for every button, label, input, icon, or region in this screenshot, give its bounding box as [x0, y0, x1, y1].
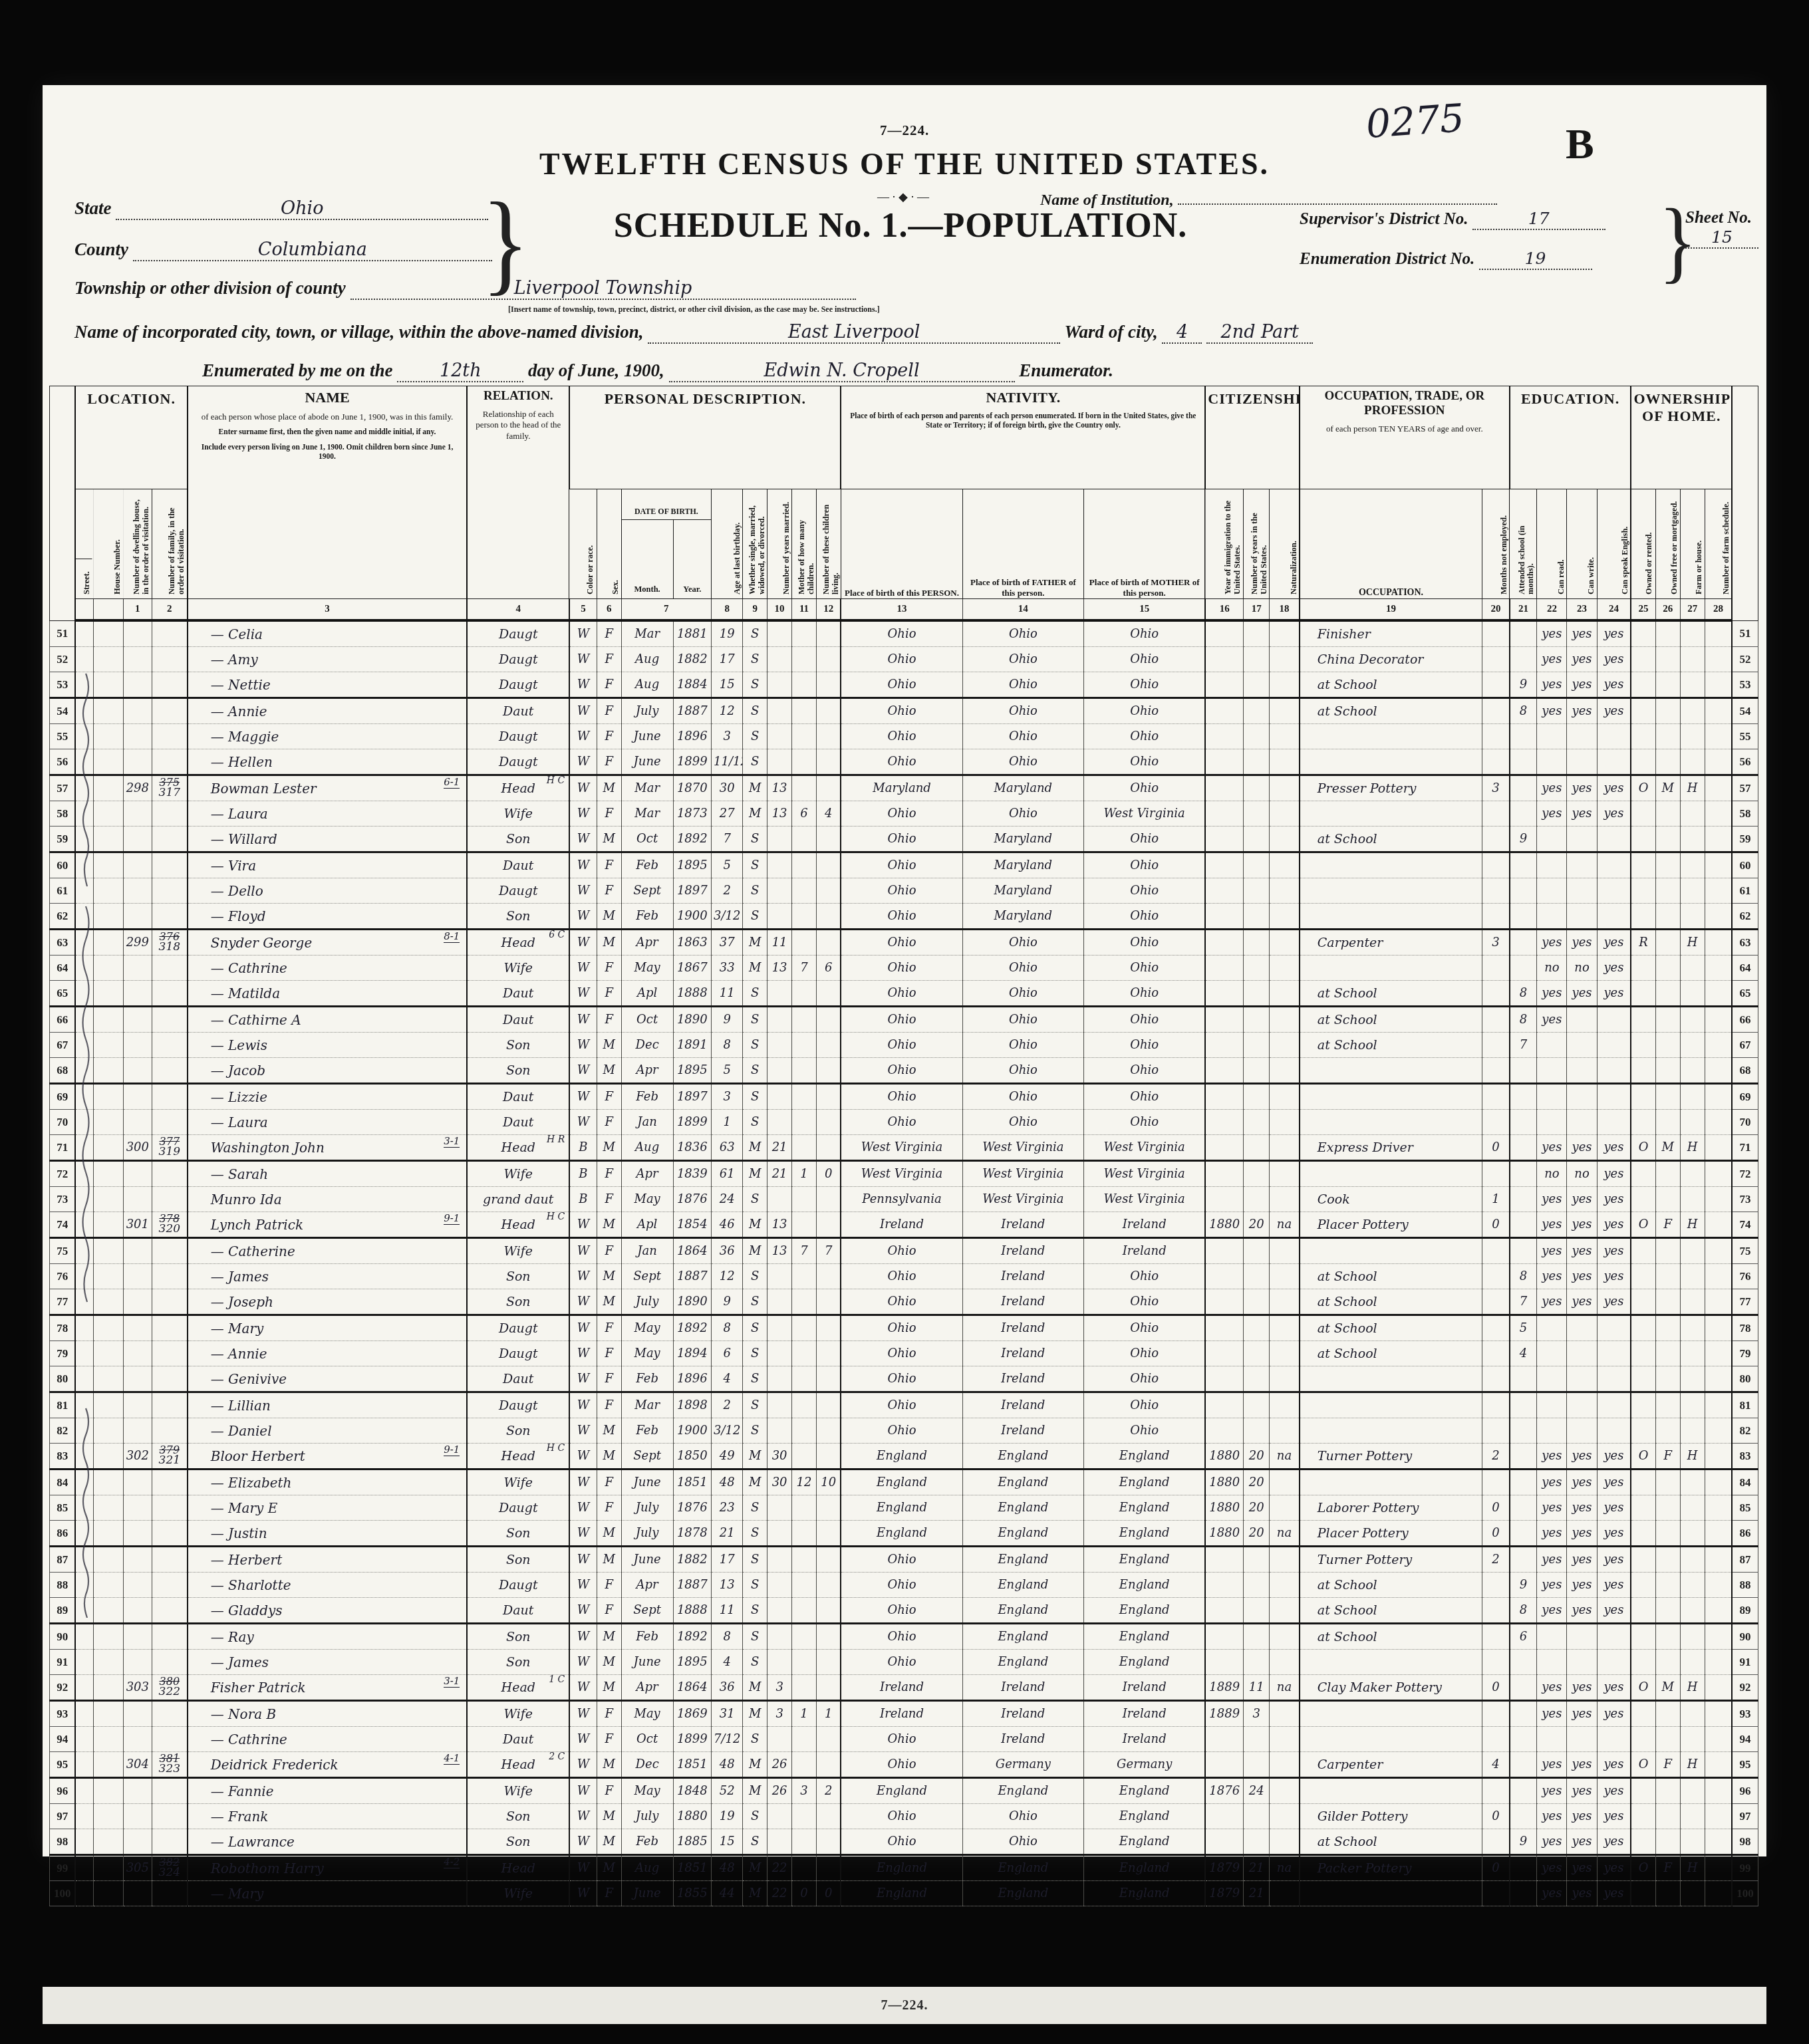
- cell-birth-month: Aug: [621, 647, 673, 672]
- cell-years-married: 30: [767, 1469, 792, 1495]
- cell-birth-month: Sept: [621, 1598, 673, 1624]
- cell-relation: Son: [467, 1418, 569, 1444]
- cell-marital: S: [743, 698, 767, 724]
- cell-family-number: 382 324: [152, 1855, 187, 1881]
- cell-relation: Daut: [467, 1366, 569, 1392]
- cell-children-living: [817, 1804, 841, 1829]
- cell-naturalization: [1270, 1573, 1300, 1598]
- family-number: 324: [154, 1867, 185, 1878]
- cell-children-living: [817, 1752, 841, 1778]
- cell-pob-mother: Ireland: [1084, 1727, 1206, 1752]
- cell-farm-schedule: [1705, 672, 1732, 698]
- cell-color: W: [569, 1495, 597, 1521]
- cell-color: B: [569, 1135, 597, 1161]
- line-number-right: 59: [1732, 827, 1758, 852]
- cell-speaks-english: yes: [1597, 1289, 1631, 1315]
- cell-birth-year: 1878: [673, 1521, 711, 1547]
- cell-marital: S: [743, 1521, 767, 1547]
- cell-relation: Daugt: [467, 1341, 569, 1366]
- cell-can-write: yes: [1567, 1289, 1597, 1315]
- cell-children-living: [817, 1573, 841, 1598]
- cell-color: B: [569, 1187, 597, 1212]
- page-title: TWELFTH CENSUS OF THE UNITED STATES.: [43, 146, 1766, 182]
- cell-pob-mother: England: [1084, 1521, 1206, 1547]
- line-number-left: 97: [50, 1804, 76, 1829]
- cell-street: [75, 1212, 93, 1238]
- cell-pob-mother: Ireland: [1084, 1701, 1206, 1727]
- cell-can-write: yes: [1567, 930, 1597, 956]
- cell-house-number: [93, 1058, 123, 1084]
- cell-occupation: at School: [1300, 1573, 1482, 1598]
- cell-name: — Cathrine: [188, 1727, 468, 1752]
- enumerator-name: Edwin N. Cropell: [669, 360, 1015, 382]
- cell-can-read: [1537, 852, 1567, 878]
- cell-naturalization: [1270, 1187, 1300, 1212]
- cell-age: 15: [712, 1829, 743, 1855]
- cell-sex: M: [597, 1264, 621, 1289]
- cell-speaks-english: [1597, 1392, 1631, 1418]
- person-name: Snyder George: [211, 935, 313, 951]
- line-number-left: 100: [50, 1881, 76, 1906]
- cell-years-us: [1244, 1727, 1270, 1752]
- cell-months-unemployed: [1482, 1084, 1510, 1110]
- col-years-us: Number of years in the United States.: [1244, 489, 1270, 599]
- cell-speaks-english: yes: [1597, 1573, 1631, 1598]
- table-row: 93 — Nora B Wife W F May 1869 31 M 3 1 1…: [50, 1701, 1758, 1727]
- cell-children-living: 2: [817, 1778, 841, 1804]
- cell-relation: Daut: [467, 981, 569, 1007]
- cell-speaks-english: [1597, 1341, 1631, 1366]
- cell-farm-house: [1680, 1881, 1705, 1906]
- cell-street: [75, 852, 93, 878]
- line-col-header: [50, 386, 76, 621]
- cell-can-read: yes: [1537, 775, 1567, 801]
- cell-pob-father: Ireland: [962, 1264, 1084, 1289]
- cell-dwelling-number: [123, 1469, 152, 1495]
- name-annotation: 6-1: [444, 776, 460, 789]
- cell-street: [75, 1444, 93, 1469]
- table-row: 87 — Herbert Son W M June 1882 17 S Ohio…: [50, 1547, 1758, 1573]
- cell-sex: M: [597, 1521, 621, 1547]
- cell-farm-house: [1680, 1624, 1705, 1650]
- cell-immigration-year: [1205, 1752, 1243, 1778]
- relation-value: Head: [501, 781, 535, 796]
- cell-pob-father: Maryland: [962, 827, 1084, 852]
- col-street: IN CITIES.Street.: [75, 489, 93, 599]
- cell-name: — Matilda: [188, 981, 468, 1007]
- cell-age: 3/12: [712, 1418, 743, 1444]
- cell-birth-year: 1899: [673, 1727, 711, 1752]
- person-name: — Lawrance: [211, 1834, 295, 1850]
- cell-speaks-english: yes: [1597, 930, 1631, 956]
- cell-pob: England: [841, 1881, 962, 1906]
- cell-marital: M: [743, 1469, 767, 1495]
- cell-pob: Ohio: [841, 620, 962, 647]
- cell-mother-of: [792, 1084, 817, 1110]
- line-number-left: 53: [50, 672, 76, 698]
- cell-speaks-english: yes: [1597, 1752, 1631, 1778]
- cell-free-mortgaged: [1655, 1084, 1680, 1110]
- cell-birth-year: 1896: [673, 1366, 711, 1392]
- cell-can-read: yes: [1537, 1573, 1567, 1598]
- line-number-left: 81: [50, 1392, 76, 1418]
- cell-marital: S: [743, 1829, 767, 1855]
- cell-months-unemployed: [1482, 1418, 1510, 1444]
- cell-name: — Joseph: [188, 1289, 468, 1315]
- cell-owned-rented: [1631, 852, 1655, 878]
- line-number-left: 87: [50, 1547, 76, 1573]
- cell-color: W: [569, 1829, 597, 1855]
- cell-age: 9: [712, 1289, 743, 1315]
- relation-value: Daugt: [499, 1578, 538, 1593]
- cell-family-number: [152, 1264, 187, 1289]
- line-number-left: 90: [50, 1624, 76, 1650]
- cell-family-number: [152, 620, 187, 647]
- line-number-right: 78: [1732, 1315, 1758, 1341]
- col-children-living: Number of these children living.: [817, 489, 841, 599]
- cell-pob-father: Ohio: [962, 930, 1084, 956]
- institution-line: Name of Institution,: [1040, 192, 1497, 209]
- cell-dwelling-number: [123, 1418, 152, 1444]
- cell-birth-year: 1888: [673, 981, 711, 1007]
- line-number-right: 89: [1732, 1598, 1758, 1624]
- cell-occupation: [1300, 878, 1482, 904]
- cell-naturalization: [1270, 1624, 1300, 1650]
- cell-color: W: [569, 930, 597, 956]
- cell-school-months: [1510, 1495, 1537, 1521]
- cell-house-number: [93, 1701, 123, 1727]
- cell-pob-mother: Ohio: [1084, 698, 1206, 724]
- cell-can-read: yes: [1537, 1752, 1567, 1778]
- cell-mother-of: [792, 1212, 817, 1238]
- cell-marital: S: [743, 1289, 767, 1315]
- cell-pob: Ohio: [841, 852, 962, 878]
- cell-pob-mother: Ohio: [1084, 1315, 1206, 1341]
- cell-free-mortgaged: [1655, 1418, 1680, 1444]
- cell-months-unemployed: [1482, 698, 1510, 724]
- cell-pob-mother: Ohio: [1084, 1007, 1206, 1033]
- person-name: — Laura: [211, 806, 268, 822]
- township-line: Township or other division of county Liv…: [74, 278, 856, 300]
- cell-farm-schedule: [1705, 1701, 1732, 1727]
- cell-owned-rented: [1631, 1598, 1655, 1624]
- line-number-left: 69: [50, 1084, 76, 1110]
- cell-sex: F: [597, 956, 621, 981]
- relation-value: Head: [501, 1217, 535, 1232]
- cell-dwelling-number: [123, 1727, 152, 1752]
- cell-owned-rented: [1631, 1084, 1655, 1110]
- cell-sex: M: [597, 827, 621, 852]
- relation-value: grand daut: [483, 1192, 553, 1207]
- cell-years-us: 11: [1244, 1675, 1270, 1701]
- cell-street: [75, 1624, 93, 1650]
- cell-sex: F: [597, 1727, 621, 1752]
- relation-value: Wife: [503, 1707, 533, 1722]
- cell-months-unemployed: [1482, 1238, 1510, 1264]
- col-farm-house: Farm or house.: [1680, 489, 1705, 599]
- cell-pob: Ohio: [841, 956, 962, 981]
- cell-speaks-english: yes: [1597, 1469, 1631, 1495]
- cell-can-write: yes: [1567, 1804, 1597, 1829]
- cell-street: [75, 1058, 93, 1084]
- line-number-left: 93: [50, 1701, 76, 1727]
- cell-farm-schedule: [1705, 1058, 1732, 1084]
- table-row: 79 — Annie Daugt W F May 1894 6 S Ohio I…: [50, 1341, 1758, 1366]
- cell-family-number: [152, 1289, 187, 1315]
- cell-pob-mother: Ohio: [1084, 1264, 1206, 1289]
- person-name: — Nettie: [211, 677, 271, 693]
- cell-occupation: Presser Pottery: [1300, 775, 1482, 801]
- cell-school-months: [1510, 1547, 1537, 1573]
- cell-dwelling-number: [123, 1187, 152, 1212]
- cell-street: [75, 775, 93, 801]
- cell-farm-house: [1680, 801, 1705, 827]
- cell-years-married: 21: [767, 1161, 792, 1187]
- cell-mother-of: 12: [792, 1469, 817, 1495]
- cell-mother-of: [792, 1033, 817, 1058]
- cell-relation: Wife: [467, 1881, 569, 1906]
- cell-birth-year: 1881: [673, 620, 711, 647]
- cell-marital: S: [743, 1573, 767, 1598]
- cell-family-number: [152, 1161, 187, 1187]
- table-row: 70 — Laura Daut W F Jan 1899 1 S Ohio Oh…: [50, 1110, 1758, 1135]
- cell-dwelling-number: [123, 1033, 152, 1058]
- ownership-group: OWNERSHIP OF HOME.: [1631, 386, 1732, 489]
- cell-farm-schedule: [1705, 775, 1732, 801]
- cell-marital: M: [743, 930, 767, 956]
- line-number-left: 61: [50, 878, 76, 904]
- cell-speaks-english: yes: [1597, 801, 1631, 827]
- line-number-left: 79: [50, 1341, 76, 1366]
- cell-pob: Ohio: [841, 1289, 962, 1315]
- cell-relation: Son: [467, 1521, 569, 1547]
- cell-sex: M: [597, 1675, 621, 1701]
- cell-naturalization: [1270, 904, 1300, 930]
- cell-house-number: [93, 1033, 123, 1058]
- cell-name: — Genivive: [188, 1366, 468, 1392]
- sheet-no-value: 15: [1685, 227, 1758, 249]
- cell-birth-year: 1895: [673, 852, 711, 878]
- cell-farm-schedule: [1705, 1212, 1732, 1238]
- cell-birth-month: Oct: [621, 1727, 673, 1752]
- cell-color: W: [569, 749, 597, 775]
- family-number: 317: [154, 787, 185, 799]
- cell-pob-mother: West Virginia: [1084, 801, 1206, 827]
- cell-mother-of: [792, 1418, 817, 1444]
- table-row: 58 — Laura Wife W F Mar 1873 27 M 13 6 4…: [50, 801, 1758, 827]
- line-number-right: 99: [1732, 1855, 1758, 1881]
- cell-years-married: [767, 981, 792, 1007]
- cell-pob-father: Ireland: [962, 1418, 1084, 1444]
- cell-farm-schedule: [1705, 1521, 1732, 1547]
- cell-months-unemployed: 0: [1482, 1855, 1510, 1881]
- cell-birth-month: June: [621, 1881, 673, 1906]
- cell-free-mortgaged: [1655, 1547, 1680, 1573]
- line-number-right: 71: [1732, 1135, 1758, 1161]
- cell-sex: M: [597, 775, 621, 801]
- cell-street: [75, 827, 93, 852]
- cell-pob: Ohio: [841, 1264, 962, 1289]
- cell-farm-house: [1680, 1547, 1705, 1573]
- line-number-right: 66: [1732, 1007, 1758, 1033]
- cell-pob: England: [841, 1521, 962, 1547]
- cell-can-write: yes: [1567, 672, 1597, 698]
- person-name: — Justin: [211, 1525, 267, 1541]
- cell-free-mortgaged: [1655, 1573, 1680, 1598]
- cell-age: 48: [712, 1752, 743, 1778]
- cell-farm-house: [1680, 1341, 1705, 1366]
- cell-farm-schedule: [1705, 981, 1732, 1007]
- cell-pob-father: Ohio: [962, 672, 1084, 698]
- cell-owned-rented: [1631, 1007, 1655, 1033]
- cell-free-mortgaged: [1655, 1701, 1680, 1727]
- cell-farm-house: [1680, 1495, 1705, 1521]
- cell-pob: Ohio: [841, 1084, 962, 1110]
- cell-birth-year: 1851: [673, 1469, 711, 1495]
- cell-pob-mother: Ohio: [1084, 852, 1206, 878]
- cell-months-unemployed: 3: [1482, 930, 1510, 956]
- cell-name: — Willard: [188, 827, 468, 852]
- cell-street: [75, 1752, 93, 1778]
- cell-birth-year: 1887: [673, 1573, 711, 1598]
- cell-years-us: [1244, 775, 1270, 801]
- cell-house-number: [93, 1727, 123, 1752]
- cell-pob-father: England: [962, 1778, 1084, 1804]
- cell-dwelling-number: 304: [123, 1752, 152, 1778]
- cell-occupation: Carpenter: [1300, 930, 1482, 956]
- cell-birth-month: Jan: [621, 1110, 673, 1135]
- cell-farm-house: [1680, 1392, 1705, 1418]
- cell-birth-month: June: [621, 749, 673, 775]
- name-group: NAME of each person whose place of abode…: [188, 386, 468, 599]
- line-number-left: 67: [50, 1033, 76, 1058]
- cell-relation: Son: [467, 1264, 569, 1289]
- cell-can-read: yes: [1537, 1804, 1567, 1829]
- cell-months-unemployed: [1482, 647, 1510, 672]
- line-number-right: 79: [1732, 1341, 1758, 1366]
- cell-family-number: [152, 1187, 187, 1212]
- cell-family-number: [152, 981, 187, 1007]
- cell-sex: F: [597, 1110, 621, 1135]
- cell-dwelling-number: [123, 1007, 152, 1033]
- cell-school-months: 8: [1510, 1007, 1537, 1033]
- cell-can-write: yes: [1567, 1135, 1597, 1161]
- cell-free-mortgaged: [1655, 749, 1680, 775]
- person-name: — Herbert: [211, 1552, 282, 1568]
- cell-marital: S: [743, 1650, 767, 1675]
- line-number-right: 51: [1732, 620, 1758, 647]
- cell-pob-mother: West Virginia: [1084, 1135, 1206, 1161]
- cell-owned-rented: [1631, 1881, 1655, 1906]
- cell-family-number: 375 317: [152, 775, 187, 801]
- cell-can-write: [1567, 1110, 1597, 1135]
- cell-pob: Ireland: [841, 1212, 962, 1238]
- cell-marital: S: [743, 672, 767, 698]
- cell-years-married: [767, 1033, 792, 1058]
- cell-sex: F: [597, 852, 621, 878]
- cell-can-write: [1567, 827, 1597, 852]
- cell-mother-of: [792, 1264, 817, 1289]
- cell-can-write: yes: [1567, 1752, 1597, 1778]
- cell-owned-rented: [1631, 956, 1655, 981]
- cell-marital: S: [743, 1315, 767, 1341]
- cell-birth-month: Apl: [621, 1212, 673, 1238]
- line-number-right: 93: [1732, 1701, 1758, 1727]
- cell-street: [75, 1778, 93, 1804]
- cell-immigration-year: [1205, 801, 1243, 827]
- cell-pob: Ohio: [841, 1727, 962, 1752]
- cell-mother-of: [792, 1495, 817, 1521]
- table-row: 61 — Dello Daugt W F Sept 1897 2 S Ohio …: [50, 878, 1758, 904]
- cell-farm-schedule: [1705, 1007, 1732, 1033]
- cell-relation: Son: [467, 1829, 569, 1855]
- cell-street: [75, 981, 93, 1007]
- relation-value: Son: [506, 1063, 531, 1078]
- name-annotation: 3-1: [444, 1135, 460, 1148]
- cell-birth-month: June: [621, 724, 673, 749]
- cell-pob: Ohio: [841, 1573, 962, 1598]
- cell-birth-month: May: [621, 1187, 673, 1212]
- cell-years-us: [1244, 698, 1270, 724]
- schedule-title: SCHEDULE No. 1.—POPULATION.: [468, 206, 1333, 245]
- cell-color: W: [569, 1007, 597, 1033]
- cell-name: — Herbert: [188, 1547, 468, 1573]
- personal-group: PERSONAL DESCRIPTION.: [569, 386, 841, 489]
- cell-occupation: Cook: [1300, 1187, 1482, 1212]
- cell-free-mortgaged: [1655, 1187, 1680, 1212]
- cell-farm-house: H: [1680, 1752, 1705, 1778]
- cell-farm-schedule: [1705, 1778, 1732, 1804]
- cell-dwelling-number: 299: [123, 930, 152, 956]
- cell-naturalization: [1270, 852, 1300, 878]
- cell-marital: M: [743, 1161, 767, 1187]
- cell-can-write: yes: [1567, 1495, 1597, 1521]
- cell-relation: grand daut: [467, 1187, 569, 1212]
- cell-dwelling-number: [123, 1495, 152, 1521]
- cell-birth-month: June: [621, 1547, 673, 1573]
- cell-age: 17: [712, 1547, 743, 1573]
- cell-name: — Gladdys: [188, 1598, 468, 1624]
- cell-house-number: [93, 1084, 123, 1110]
- line-number-right: 54: [1732, 698, 1758, 724]
- cell-months-unemployed: 2: [1482, 1547, 1510, 1573]
- cell-years-us: [1244, 1418, 1270, 1444]
- cell-pob-father: Ireland: [962, 1238, 1084, 1264]
- township-label: Township or other division of county: [74, 278, 346, 298]
- cell-free-mortgaged: [1655, 1495, 1680, 1521]
- institution-label: Name of Institution,: [1040, 192, 1174, 209]
- cell-dwelling-number: [123, 1521, 152, 1547]
- person-name: — James: [211, 1654, 269, 1670]
- cell-immigration-year: [1205, 981, 1243, 1007]
- cell-house-number: [93, 1418, 123, 1444]
- cell-pob-father: Ireland: [962, 1341, 1084, 1366]
- line-number-left: 64: [50, 956, 76, 981]
- cell-speaks-english: [1597, 878, 1631, 904]
- line-number-left: 88: [50, 1573, 76, 1598]
- cell-age: 48: [712, 1469, 743, 1495]
- cell-mother-of: 6: [792, 801, 817, 827]
- cell-family-number: [152, 852, 187, 878]
- cell-speaks-english: yes: [1597, 1701, 1631, 1727]
- cell-family-number: [152, 1366, 187, 1392]
- cell-school-months: [1510, 1469, 1537, 1495]
- cell-can-write: yes: [1567, 620, 1597, 647]
- cell-street: [75, 1881, 93, 1906]
- cell-birth-year: 1888: [673, 1598, 711, 1624]
- cell-house-number: [93, 904, 123, 930]
- line-number-left: 72: [50, 1161, 76, 1187]
